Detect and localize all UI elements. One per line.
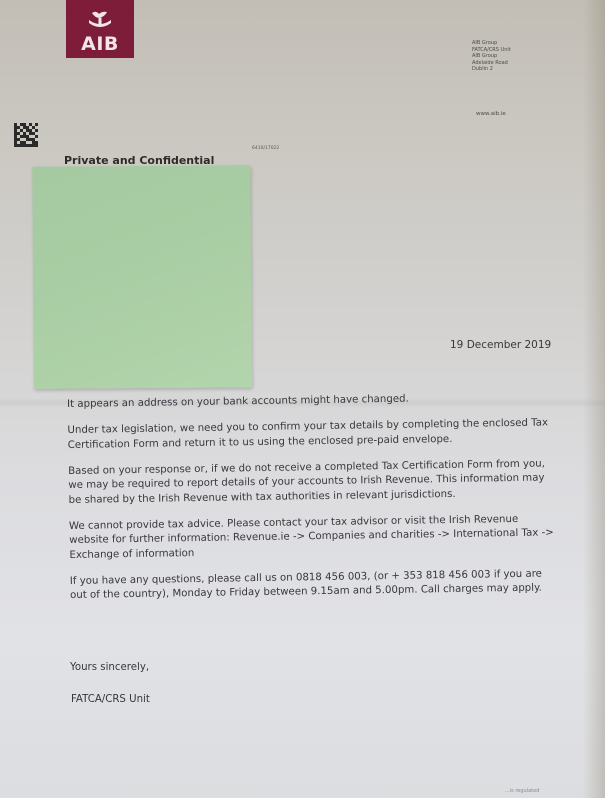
sender-address: AIB Group FATCA/CRS Unit AIB Group Adela… (472, 40, 511, 73)
reference-number: 6410/17022 (252, 146, 279, 151)
logo-text: AIB (81, 34, 119, 54)
letter-body: It appears an address on your bank accou… (67, 390, 560, 615)
body-paragraph: If you have any questions, please call u… (70, 567, 560, 604)
body-paragraph: It appears an address on your bank accou… (67, 390, 557, 412)
aib-ark-icon (83, 10, 117, 32)
body-paragraph: Based on your response or, if we do not … (68, 457, 559, 508)
footer-note: ...is regulated (505, 788, 539, 794)
body-paragraph: We cannot provide tax advice. Please con… (69, 512, 560, 563)
website-link: www.aib.ie (476, 111, 506, 117)
signature: FATCA/CRS Unit (71, 694, 150, 705)
letter-page: AIB AIB Group FATCA/CRS Unit AIB Group A… (0, 0, 605, 798)
body-paragraph: Under tax legislation, we need you to co… (67, 416, 557, 453)
aib-logo: AIB (66, 0, 134, 58)
closing-salutation: Yours sincerely, (70, 662, 149, 673)
redaction-sticky-note (32, 165, 252, 389)
letter-date: 19 December 2019 (450, 339, 551, 351)
datamatrix-barcode (14, 123, 38, 147)
address-line: Dublin 2 (472, 66, 511, 73)
